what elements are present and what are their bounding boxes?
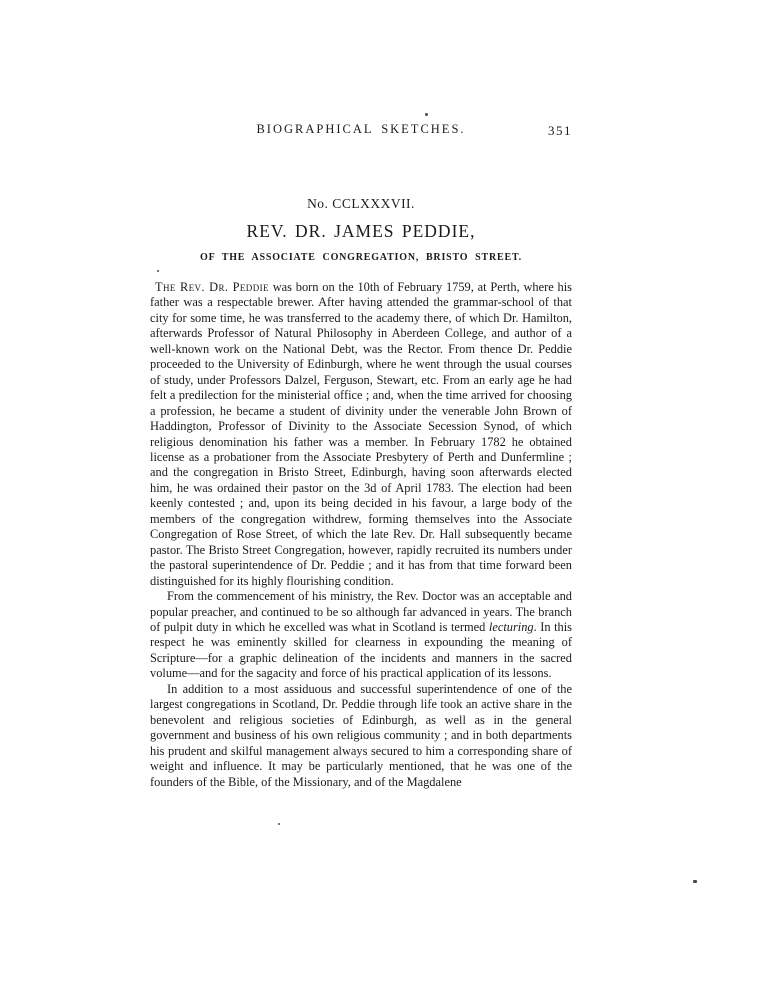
- article-subtitle: OF THE ASSOCIATE CONGREGATION, BRISTO ST…: [150, 252, 572, 263]
- paragraph: From the commencement of his ministry, t…: [150, 589, 572, 682]
- scan-speck: [425, 113, 428, 116]
- text-segment: The Rev. Dr. Peddie: [155, 280, 269, 294]
- scan-speck: [278, 823, 280, 825]
- book-page: BIOGRAPHICAL SKETCHES. 351 No. CCLXXXVII…: [0, 0, 782, 1000]
- page-number: 351: [150, 123, 572, 139]
- text-segment: was born on the 10th of February 1759, a…: [150, 280, 572, 588]
- text-segment: In addition to a most assiduous and succ…: [150, 682, 572, 789]
- scan-speck: [693, 880, 697, 883]
- text-segment: lecturing: [489, 620, 534, 634]
- paragraph: The Rev. Dr. Peddie was born on the 10th…: [150, 280, 572, 589]
- paragraph: In addition to a most assiduous and succ…: [150, 682, 572, 790]
- article-title: REV. DR. JAMES PEDDIE,: [150, 221, 572, 242]
- body-text: The Rev. Dr. Peddie was born on the 10th…: [150, 280, 572, 790]
- article-number: No. CCLXXXVII.: [150, 196, 572, 212]
- scan-speck: [157, 270, 159, 272]
